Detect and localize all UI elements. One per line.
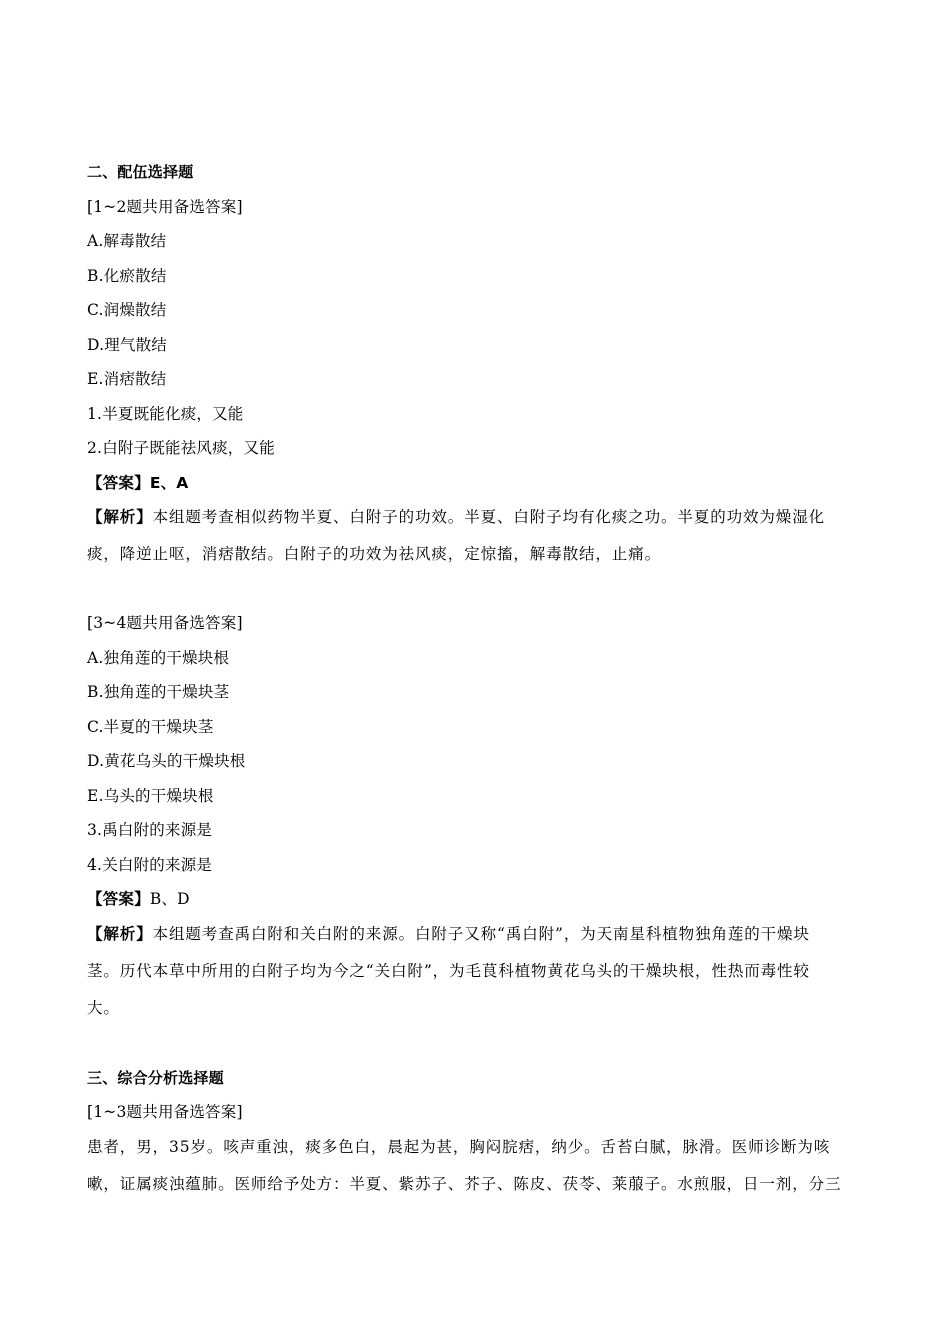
case-description-line-2: 嗽，证属痰浊蕴肺。医师给予处方：半夏、紫苏子、芥子、陈皮、茯苓、莱菔子。水煎服，…	[87, 1174, 841, 1194]
question-4: 4.关白附的来源是	[87, 855, 212, 875]
answer-3-4: 【答案】B、D	[87, 889, 190, 909]
analysis-3-4-line-3: 大。	[87, 998, 120, 1018]
question-3: 3.禹白附的来源是	[87, 820, 212, 840]
answer-label: 【答案】	[87, 474, 150, 492]
case-description-line-1: 患者，男，35岁。咳声重浊，痰多色白，晨起为甚，胸闷脘痞，纳少。舌苔白腻，脉滑。…	[87, 1137, 830, 1157]
option-b: B.独角莲的干燥块茎	[87, 682, 229, 702]
analysis-text: 本组题考查禹白附和关白附的来源。白附子又称“禹白附”，为天南星科植物独角莲的干燥…	[153, 925, 810, 943]
option-a: A.解毒散结	[87, 231, 166, 251]
option-a: A.独角莲的干燥块根	[87, 648, 229, 668]
group-header-1-3: [1~3题共用备选答案]	[87, 1102, 243, 1122]
option-e: E.乌头的干燥块根	[87, 786, 214, 806]
analysis-1-2-line-1: 【解析】本组题考查相似药物半夏、白附子的功效。半夏、白附子均有化痰之功。半夏的功…	[87, 507, 825, 527]
option-b: B.化瘀散结	[87, 266, 167, 286]
option-d: D.理气散结	[87, 335, 167, 355]
option-c: C.半夏的干燥块茎	[87, 717, 214, 737]
option-d: D.黄花乌头的干燥块根	[87, 751, 246, 771]
answer-1-2: 【答案】E、A	[87, 473, 189, 493]
analysis-3-4-line-2: 茎。历代本草中所用的白附子均为今之“关白附”，为毛茛科植物黄花乌头的干燥块根，性…	[87, 961, 810, 981]
document-page: 二、配伍选择题 [1~2题共用备选答案] A.解毒散结 B.化瘀散结 C.润燥散…	[0, 0, 950, 1344]
analysis-1-2-line-2: 痰，降逆止呕，消痞散结。白附子的功效为祛风痰，定惊搐，解毒散结，止痛。	[87, 544, 661, 564]
section-title-matching-questions: 二、配伍选择题	[87, 162, 193, 182]
analysis-3-4-line-1: 【解析】本组题考查禹白附和关白附的来源。白附子又称“禹白附”，为天南星科植物独角…	[87, 924, 810, 944]
option-c: C.润燥散结	[87, 300, 166, 320]
answer-label: 【答案】	[87, 890, 150, 908]
group-header-1-2: [1~2题共用备选答案]	[87, 197, 243, 217]
answer-value: E、A	[150, 474, 189, 492]
answer-value: B、D	[150, 890, 190, 908]
question-2: 2.白附子既能祛风痰，又能	[87, 438, 275, 458]
analysis-label: 【解析】	[87, 925, 153, 943]
analysis-text: 本组题考查相似药物半夏、白附子的功效。半夏、白附子均有化痰之功。半夏的功效为燥湿…	[153, 508, 825, 526]
option-e: E.消痞散结	[87, 369, 166, 389]
question-1: 1.半夏既能化痰，又能	[87, 404, 244, 424]
analysis-label: 【解析】	[87, 508, 153, 526]
group-header-3-4: [3~4题共用备选答案]	[87, 613, 243, 633]
section-title-comprehensive-analysis: 三、综合分析选择题	[87, 1068, 224, 1088]
